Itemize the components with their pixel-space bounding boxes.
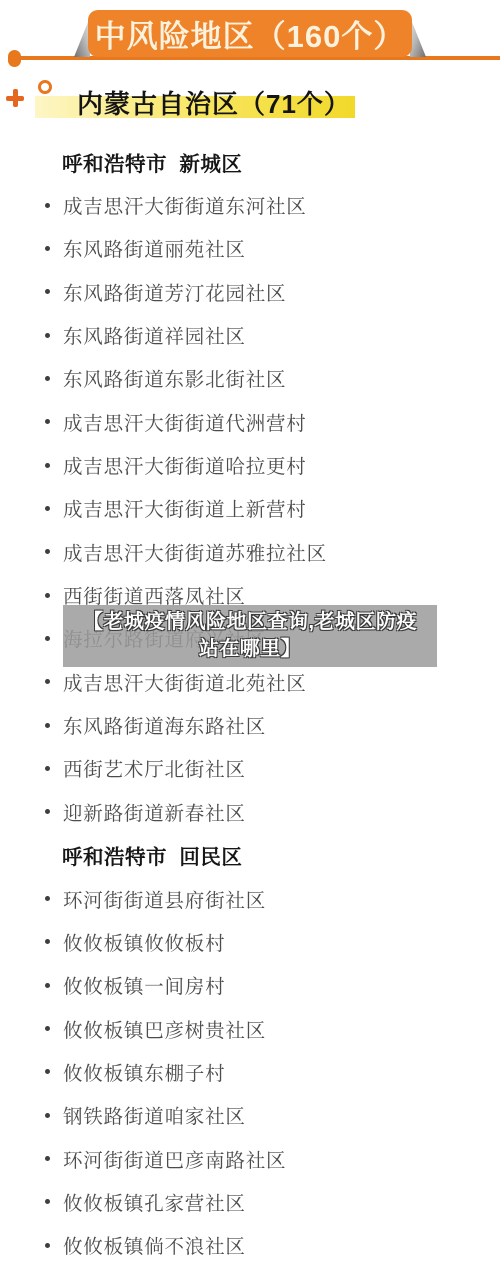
bullet-icon bbox=[45, 333, 50, 338]
district-header-row: 呼和浩特市 回民区 bbox=[0, 834, 500, 877]
bullet-icon bbox=[45, 593, 50, 598]
bullet-icon bbox=[45, 939, 50, 944]
district-header-row: 呼和浩特市 新城区 bbox=[0, 140, 500, 183]
risk-area-label: 东风路街道海东路社区 bbox=[63, 711, 266, 739]
risk-area-label: 攸攸板镇一间房村 bbox=[63, 971, 225, 999]
risk-area-label: 攸攸板镇孔家营社区 bbox=[63, 1188, 246, 1216]
risk-area-label: 攸攸板镇攸攸板村 bbox=[63, 928, 225, 956]
fold-triangle-right-icon bbox=[410, 17, 426, 57]
risk-area-label: 钢铁路街道咱家社区 bbox=[63, 1101, 246, 1129]
risk-area-label: 环河街街道县府街社区 bbox=[63, 885, 266, 913]
header-rule-dot-icon bbox=[8, 50, 21, 67]
bullet-icon bbox=[45, 983, 50, 988]
risk-area-item: 迎新路街道新春社区 bbox=[0, 790, 500, 833]
risk-area-label: 攸攸板镇东棚子村 bbox=[63, 1058, 225, 1086]
watermark-overlay: 【老城疫情风险地区查询,老城区防疫 站在哪里】 bbox=[63, 605, 437, 667]
risk-area-item: 东风路街道东影北街社区 bbox=[0, 357, 500, 400]
plus-icon bbox=[6, 89, 24, 107]
risk-area-label: 成吉思汗大街街道上新营村 bbox=[63, 494, 307, 522]
banner-title: 中风险地区（160个） bbox=[88, 10, 412, 57]
bullet-icon bbox=[45, 1243, 50, 1248]
watermark-text-line1: 【老城疫情风险地区查询,老城区防疫 bbox=[83, 609, 417, 636]
risk-area-label: 成吉思汗大街街道哈拉更村 bbox=[63, 451, 307, 479]
risk-area-label: 成吉思汗大街街道东河社区 bbox=[63, 191, 307, 219]
risk-area-label: 东风路街道东影北街社区 bbox=[63, 364, 286, 392]
risk-area-item: 攸攸板镇攸攸板村 bbox=[0, 920, 500, 963]
risk-area-label: 成吉思汗大街街道代洲营村 bbox=[63, 408, 307, 436]
watermark-text-line2: 站在哪里】 bbox=[199, 636, 302, 663]
risk-area-label: 环河街街道巴彦南路社区 bbox=[63, 1145, 286, 1173]
risk-area-label: 迎新路街道新春社区 bbox=[63, 798, 246, 826]
bullet-icon bbox=[45, 463, 50, 468]
risk-area-label: 攸攸板镇倘不浪社区 bbox=[63, 1231, 246, 1259]
risk-area-label: 西街艺术厅北街社区 bbox=[63, 754, 246, 782]
risk-area-item: 成吉思汗大街街道东河社区 bbox=[0, 183, 500, 226]
bullet-icon bbox=[45, 1113, 50, 1118]
risk-area-item: 东风路街道丽苑社区 bbox=[0, 227, 500, 270]
bullet-icon bbox=[45, 766, 50, 771]
risk-area-item: 东风路街道芳汀花园社区 bbox=[0, 270, 500, 313]
district-header: 呼和浩特市 回民区 bbox=[62, 840, 242, 870]
bullet-icon bbox=[45, 679, 50, 684]
risk-area-list: 呼和浩特市 新城区 成吉思汗大街街道东河社区 东风路街道丽苑社区 东风路街道芳汀… bbox=[0, 140, 500, 1267]
risk-area-label: 成吉思汗大街街道北苑社区 bbox=[63, 668, 307, 696]
risk-area-item: 攸攸板镇倘不浪社区 bbox=[0, 1224, 500, 1267]
risk-area-item: 环河街街道县府街社区 bbox=[0, 877, 500, 920]
bullet-icon bbox=[45, 809, 50, 814]
bullet-icon bbox=[45, 723, 50, 728]
risk-area-item: 成吉思汗大街街道苏雅拉社区 bbox=[0, 530, 500, 573]
bullet-icon bbox=[45, 203, 50, 208]
bullet-icon bbox=[45, 1199, 50, 1204]
risk-area-label: 东风路街道芳汀花园社区 bbox=[63, 278, 286, 306]
bullet-icon bbox=[45, 376, 50, 381]
district-header: 呼和浩特市 新城区 bbox=[62, 147, 242, 177]
province-title: 内蒙古自治区（71个） bbox=[77, 84, 351, 121]
risk-area-item: 攸攸板镇孔家营社区 bbox=[0, 1180, 500, 1223]
bullet-icon bbox=[45, 419, 50, 424]
risk-area-label: 东风路街道祥园社区 bbox=[63, 321, 246, 349]
risk-area-item: 成吉思汗大街街道代洲营村 bbox=[0, 400, 500, 443]
risk-area-item: 攸攸板镇东棚子村 bbox=[0, 1050, 500, 1093]
risk-area-label: 攸攸板镇巴彦树贵社区 bbox=[63, 1015, 266, 1043]
risk-area-item: 钢铁路街道咱家社区 bbox=[0, 1094, 500, 1137]
risk-area-item: 攸攸板镇一间房村 bbox=[0, 964, 500, 1007]
bullet-icon bbox=[45, 1069, 50, 1074]
risk-area-item: 西街艺术厅北街社区 bbox=[0, 747, 500, 790]
bullet-icon bbox=[45, 289, 50, 294]
risk-area-item: 成吉思汗大街街道上新营村 bbox=[0, 487, 500, 530]
ring-icon bbox=[38, 80, 52, 94]
risk-area-item: 攸攸板镇巴彦树贵社区 bbox=[0, 1007, 500, 1050]
risk-area-item: 东风路街道海东路社区 bbox=[0, 703, 500, 746]
bullet-icon bbox=[45, 549, 50, 554]
bullet-icon bbox=[45, 896, 50, 901]
risk-area-label: 东风路街道丽苑社区 bbox=[63, 234, 246, 262]
bullet-icon bbox=[45, 636, 50, 641]
risk-area-item: 成吉思汗大街街道哈拉更村 bbox=[0, 443, 500, 486]
risk-area-item: 环河街街道巴彦南路社区 bbox=[0, 1137, 500, 1180]
bullet-icon bbox=[45, 1026, 50, 1031]
bullet-icon bbox=[45, 1156, 50, 1161]
bullet-icon bbox=[45, 506, 50, 511]
risk-area-item: 东风路街道祥园社区 bbox=[0, 313, 500, 356]
risk-area-label: 成吉思汗大街街道苏雅拉社区 bbox=[63, 538, 327, 566]
bullet-icon bbox=[45, 246, 50, 251]
